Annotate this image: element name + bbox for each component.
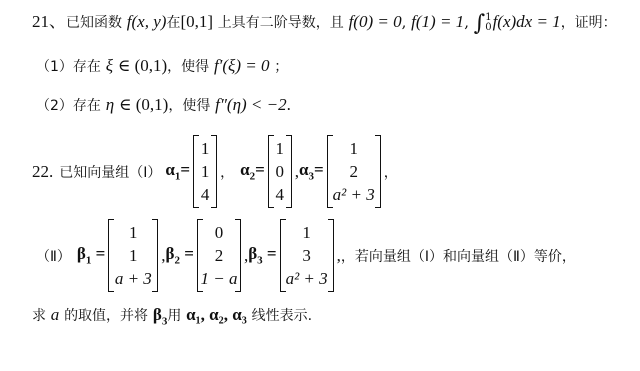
- q21-part1: （1）存在 ξ ∈ (0,1)，使得 f′(ξ) = 0 ；: [36, 57, 288, 76]
- vector-beta2: 021 − a: [197, 219, 241, 292]
- q21-number: 21、: [32, 12, 66, 31]
- vector-beta3: 13a² + 3: [280, 219, 334, 292]
- q22-group1: 22. 已知向量组（Ⅰ） α1= 114 ， α2= 104 , α3= 12a…: [32, 135, 398, 208]
- vector-alpha1: 114: [193, 135, 217, 208]
- vector-alpha3: 12a² + 3: [327, 135, 381, 208]
- q21-part2: （2）存在 η ∈ (0,1)，使得 f″(η) < −2.: [36, 96, 291, 115]
- q22-group2: （Ⅱ） β1 = 11a + 3 , β2 = 021 − a , β3 = 1…: [36, 219, 576, 292]
- vector-beta1: 11a + 3: [108, 219, 158, 292]
- integral-sign-icon: ∫: [474, 11, 485, 36]
- vector-alpha2: 104: [268, 135, 292, 208]
- q21-statement: 21、已知函数 f(x, y)在[0,1] 上具有二阶导数，且 f(0) = 0…: [32, 12, 617, 33]
- q22-question: 求 a 的取值，并将 β3用 α₁, α₂, α₃ 线性表示.: [32, 306, 312, 330]
- q22-number: 22.: [32, 162, 53, 182]
